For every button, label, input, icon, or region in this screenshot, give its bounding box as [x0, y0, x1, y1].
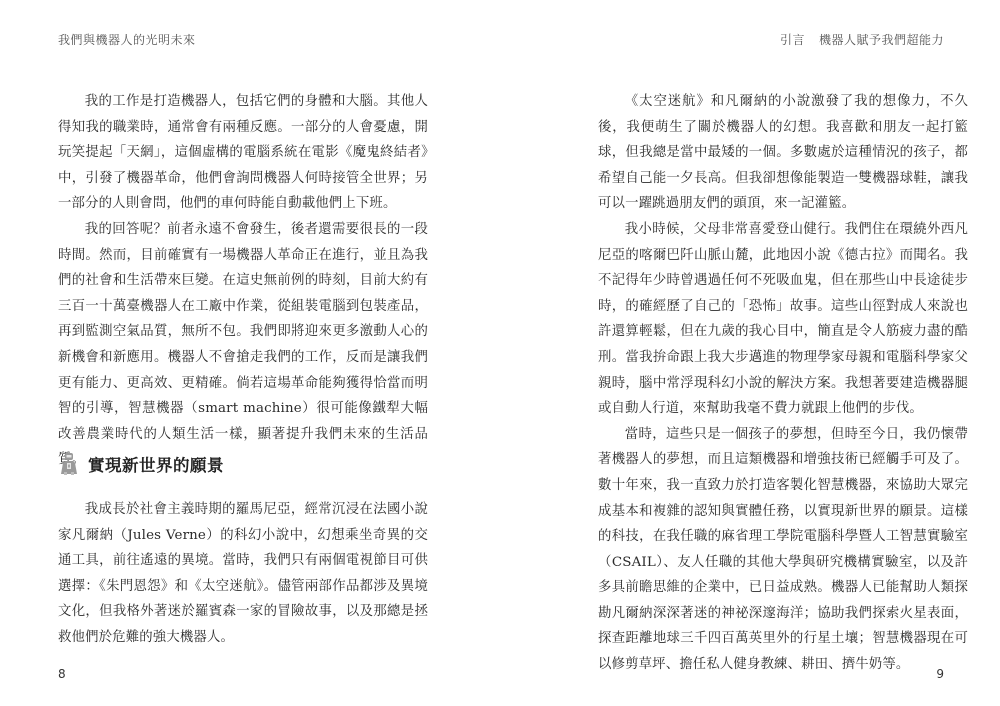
- section-title: 實現新世界的願景: [88, 452, 224, 476]
- paragraph: 我小時候，父母非常喜愛登山健行。我們住在環繞外西凡尼亞的喀爾巴阡山脈山麓，此地因…: [598, 217, 968, 422]
- paragraph: 我的工作是打造機器人，包括它們的身體和大腦。其他人得知我的職業時，通常會有兩種反…: [58, 89, 428, 217]
- page-number: 8: [58, 667, 66, 681]
- chapter-label: 引言: [780, 33, 805, 47]
- robot-icon: [58, 452, 80, 476]
- paragraph: 我的回答呢？前者永遠不會發生，後者還需要很長的一段時間。然而，目前確實有一場機器…: [58, 217, 428, 473]
- body-text-section: 我成長於社會主義時期的羅馬尼亞，經常沉浸在法國小說家凡爾納（Jules Vern…: [58, 497, 428, 651]
- right-page: 引言機器人賦予我們超能力 《太空迷航》和凡爾納的小說激發了我的想像力，不久後，我…: [500, 0, 1000, 706]
- body-text-intro: 我的工作是打造機器人，包括它們的身體和大腦。其他人得知我的職業時，通常會有兩種反…: [58, 89, 428, 473]
- running-head-book-title: 我們與機器人的光明未來: [58, 31, 196, 48]
- body-text: 《太空迷航》和凡爾納的小說激發了我的想像力，不久後，我便萌生了關於機器人的幻想。…: [598, 89, 968, 678]
- paragraph: 我成長於社會主義時期的羅馬尼亞，經常沉浸在法國小說家凡爾納（Jules Vern…: [58, 497, 428, 651]
- running-head-chapter: 引言機器人賦予我們超能力: [780, 31, 944, 48]
- left-page: 我們與機器人的光明未來 我的工作是打造機器人，包括它們的身體和大腦。其他人得知我…: [0, 0, 500, 706]
- chapter-title: 機器人賦予我們超能力: [819, 33, 944, 47]
- page-number: 9: [936, 667, 944, 681]
- section-heading: 實現新世界的願景: [58, 452, 224, 476]
- paragraph: 《太空迷航》和凡爾納的小說激發了我的想像力，不久後，我便萌生了關於機器人的幻想。…: [598, 89, 968, 217]
- paragraph: 當時，這些只是一個孩子的夢想，但時至今日，我仍懷帶著機器人的夢想，而且這類機器和…: [598, 422, 968, 678]
